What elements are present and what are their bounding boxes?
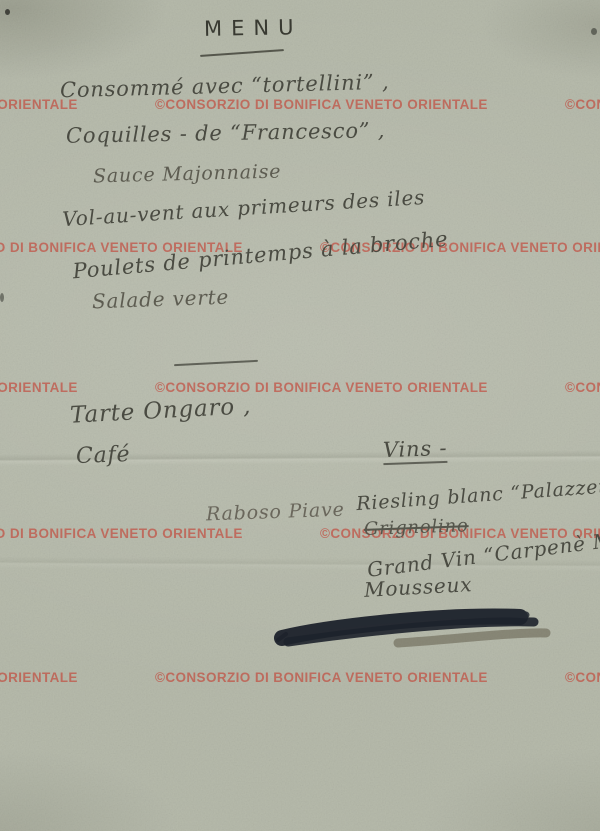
watermark-text: ©CONSORZIO DI BONIFICA VENETO ORIENTALE: [0, 526, 243, 541]
menu-document-scan: ©CONSORZIO DI BONIFICA VENETO ORIENTALE …: [0, 0, 600, 831]
paper-speck: [591, 28, 597, 35]
paper-speck: [0, 293, 4, 302]
section-divider-stroke: [174, 360, 258, 366]
watermark-text: ©CONSORZIO DI BONIFICA VENETO ORIENTALE: [155, 380, 488, 395]
menu-title: MENU: [204, 15, 303, 41]
course-vol-au-vent: Vol-au-vent aux primeurs des iles: [62, 185, 426, 231]
course-sauce: Sauce Majonnaise: [93, 161, 282, 188]
wine-raboso: Raboso Piave: [206, 499, 345, 526]
watermark-text: ©CONSORZIO DI BONIFICA VENETO ORIENTALE: [565, 380, 600, 395]
dessert-tarte: Tarte Ongaro ,: [69, 393, 251, 428]
wine-riesling: Riesling blanc “Palazzetti” ,: [356, 473, 600, 515]
watermark-text: ©CONSORZIO DI BONIFICA VENETO ORIENTALE: [565, 97, 600, 112]
course-poulets: Poulets de printemps à la broche: [72, 227, 450, 284]
dessert-cafe: Café: [76, 442, 131, 469]
course-coquilles: Coquilles - de “Francesco” ,: [66, 118, 386, 148]
watermark-text: ©CONSORZIO DI BONIFICA VENETO ORIENTALE: [0, 670, 78, 685]
wine-grignolino-struck: Grignolino: [364, 515, 469, 540]
watermark-text: ©CONSORZIO DI BONIFICA VENETO ORIENTALE: [565, 670, 600, 685]
course-salade: Salade verte: [92, 285, 230, 314]
ink-blot-redaction: [268, 594, 558, 656]
paper-speck: [5, 9, 10, 15]
title-underline: [200, 49, 284, 57]
watermark-text: ©CONSORZIO DI BONIFICA VENETO ORIENTALE: [155, 670, 488, 685]
watermark-text: ©CONSORZIO DI BONIFICA VENETO ORIENTALE: [0, 380, 78, 395]
watermark-text: ©CONSORZIO DI BONIFICA VENETO ORIENTALE: [155, 97, 488, 112]
wines-header: Vins -: [383, 436, 448, 465]
